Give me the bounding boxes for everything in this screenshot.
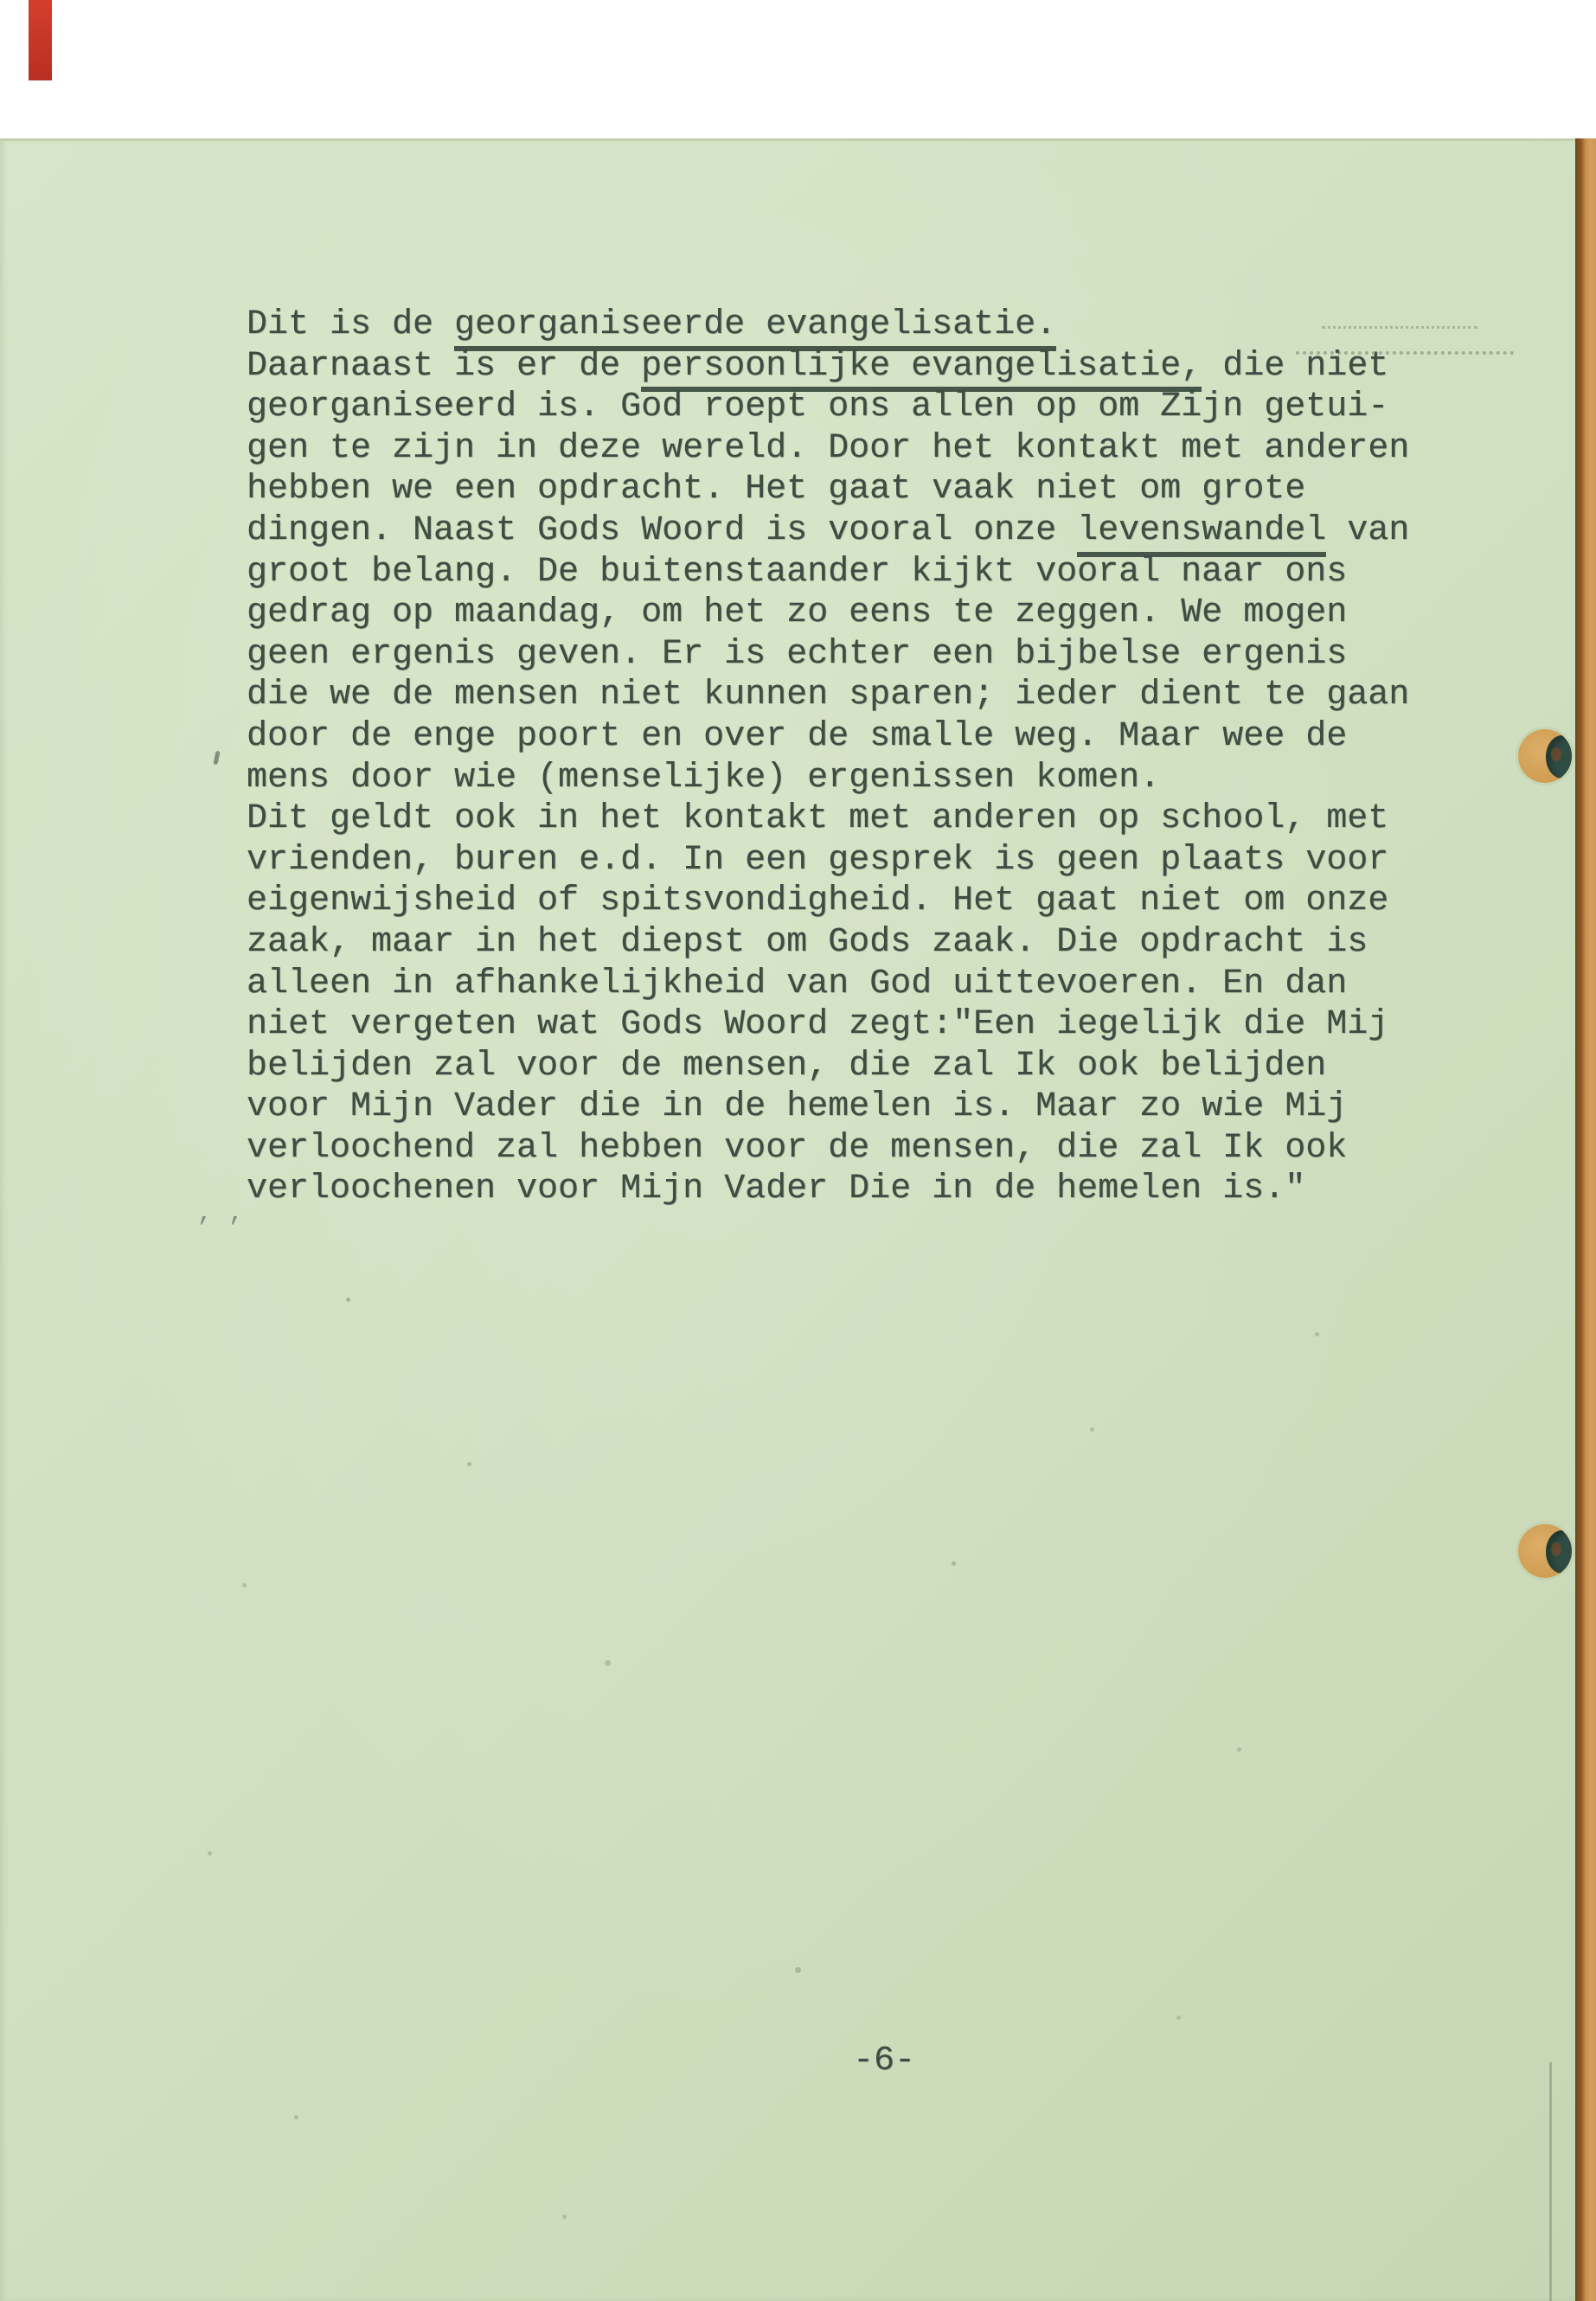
text-line: verloochenen voor Mijn Vader Die in de h… — [247, 1169, 1409, 1210]
text-segment: gedrag op maandag, om het zo eens te zeg… — [247, 593, 1347, 632]
text-line: gen te zijn in deze wereld. Door het kon… — [247, 428, 1409, 470]
punch-hole-bottom — [1518, 1524, 1572, 1578]
scanned-page: Dit is de georganiseerde evangelisatie.D… — [0, 0, 1596, 2301]
text-segment: geen ergenis geven. Er is echter een bij… — [247, 635, 1347, 674]
punch-hole-top — [1518, 729, 1572, 783]
text-line: hebben we een opdracht. Het gaat vaak ni… — [247, 469, 1409, 510]
text-line: eigenwijsheid of spitsvondigheid. Het ga… — [247, 881, 1409, 922]
text-segment: alleen in afhankelijkheid van God uittev… — [247, 965, 1347, 1003]
paper-specks — [346, 1298, 350, 1302]
text-segment: Dit geldt ook in het kontakt met anderen… — [247, 799, 1388, 838]
text-segment: hebben we een opdracht. Het gaat vaak ni… — [247, 470, 1305, 509]
text-segment: Daarnaast is er de — [247, 347, 641, 386]
pencil-smudge — [1296, 322, 1514, 355]
text-segment: georganiseerd is. God roept ons allen op… — [247, 388, 1388, 426]
text-line: zaak, maar in het diepst om Gods zaak. D… — [247, 922, 1409, 964]
text-line: die we de mensen niet kunnen sparen; ied… — [247, 675, 1409, 716]
text-line: geen ergenis geven. Er is echter een bij… — [247, 634, 1409, 676]
text-line: alleen in afhankelijkheid van God uittev… — [247, 964, 1409, 1005]
text-segment: mens door wie (menselijke) ergenissen ko… — [247, 759, 1160, 798]
text-segment: door de enge poort en over de smalle weg… — [247, 717, 1347, 756]
page-edge-line — [1549, 2062, 1552, 2301]
underlined-text: georganiseerde evangelisatie. — [454, 304, 1056, 351]
underlined-text: persoonlijke evangelisatie, — [641, 346, 1202, 393]
text-segment: niet vergeten wat Gods Woord zegt:"Een i… — [247, 1005, 1388, 1044]
text-segment: verloochenen voor Mijn Vader Die in de h… — [247, 1170, 1305, 1208]
stray-mark: , , — [197, 1209, 216, 1218]
text-segment: zaak, maar in het diepst om Gods zaak. D… — [247, 923, 1368, 962]
text-line: niet vergeten wat Gods Woord zegt:"Een i… — [247, 1004, 1409, 1046]
text-segment: dingen. Naast Gods Woord is vooral onze — [247, 511, 1077, 550]
text-segment: van — [1326, 511, 1409, 550]
text-line: groot belang. De buitenstaander kijkt vo… — [247, 552, 1409, 593]
binder-board-edge — [1575, 138, 1596, 2301]
text-segment: die we de mensen niet kunnen sparen; ied… — [247, 676, 1409, 715]
text-line: verloochend zal hebben voor de mensen, d… — [247, 1128, 1409, 1170]
rivet-icon — [1546, 1530, 1572, 1574]
text-segment: vrienden, buren e.d. In een gesprek is g… — [247, 841, 1388, 880]
text-line: belijden zal voor de mensen, die zal Ik … — [247, 1046, 1409, 1087]
text-segment: gen te zijn in deze wereld. Door het kon… — [247, 429, 1409, 468]
text-segment: groot belang. De buitenstaander kijkt vo… — [247, 553, 1347, 592]
text-line: door de enge poort en over de smalle weg… — [247, 716, 1409, 758]
text-line: vrienden, buren e.d. In een gesprek is g… — [247, 840, 1409, 881]
rivet-icon — [1546, 735, 1572, 779]
text-segment: verloochend zal hebben voor de mensen, d… — [247, 1129, 1347, 1168]
text-line: mens door wie (menselijke) ergenissen ko… — [247, 758, 1409, 799]
text-line: Daarnaast is er de persoonlijke evangeli… — [247, 346, 1409, 388]
underlined-text: levenswandel — [1077, 510, 1326, 557]
text-line: Dit geldt ook in het kontakt met anderen… — [247, 798, 1409, 840]
text-line: georganiseerd is. God roept ons allen op… — [247, 387, 1409, 428]
text-segment: voor Mijn Vader die in de hemelen is. Ma… — [247, 1087, 1347, 1126]
text-line: Dit is de georganiseerde evangelisatie. — [247, 304, 1409, 346]
text-segment: eigenwijsheid of spitsvondigheid. Het ga… — [247, 881, 1388, 920]
text-line: gedrag op maandag, om het zo eens te zeg… — [247, 593, 1409, 634]
page-number: -6- — [853, 2041, 915, 2082]
red-index-tab — [29, 0, 52, 80]
text-segment: belijden zal voor de mensen, die zal Ik … — [247, 1047, 1326, 1086]
text-line: voor Mijn Vader die in de hemelen is. Ma… — [247, 1086, 1409, 1128]
text-line: dingen. Naast Gods Woord is vooral onze … — [247, 510, 1409, 552]
body-text: Dit is de georganiseerde evangelisatie.D… — [247, 304, 1409, 1210]
text-segment: Dit is de — [247, 305, 454, 344]
